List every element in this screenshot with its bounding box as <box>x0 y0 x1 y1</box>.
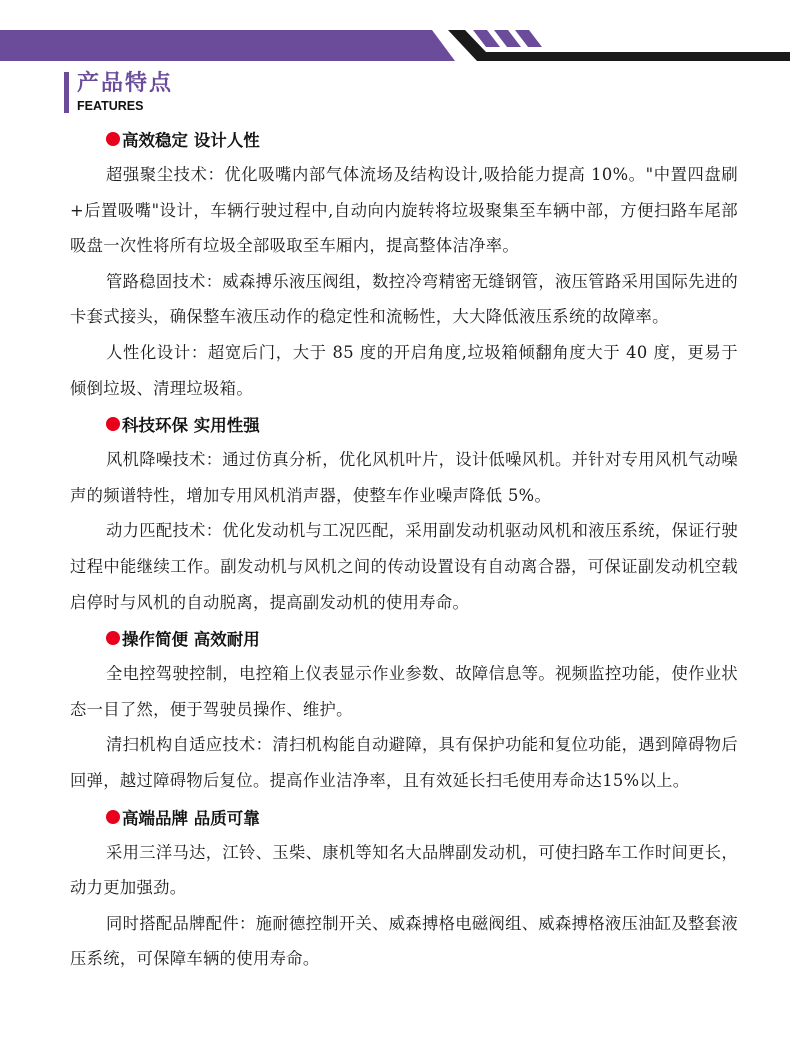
section-heading: 高效稳定 设计人性 <box>70 121 738 157</box>
header-banner <box>0 0 794 70</box>
red-bullet-icon <box>106 810 120 824</box>
section-heading: 科技环保 实用性强 <box>70 406 738 442</box>
feature-section-efficient: 高效稳定 设计人性 超强聚尘技术：优化吸嘴内部气体流场及结构设计,吸拾能力提高 … <box>70 121 738 406</box>
title-accent-bar <box>64 72 69 113</box>
section-heading-text: 高端品牌 品质可靠 <box>122 805 260 829</box>
page-subtitle: FEATURES <box>77 99 143 113</box>
section-heading-text: 科技环保 实用性强 <box>122 412 260 436</box>
paragraph-dust-collection: 超强聚尘技术：优化吸嘴内部气体流场及结构设计,吸拾能力提高 10%。"中置四盘刷… <box>70 157 738 264</box>
red-bullet-icon <box>106 132 120 146</box>
paragraph-engine-brands: 采用三洋马达，江铃、玉柴、康机等知名大品牌副发动机，可使扫路车工作时间更长，动力… <box>70 835 738 906</box>
paragraph-electric-control: 全电控驾驶控制，电控箱上仪表显示作业参数、故障信息等。视频监控功能，使作业状态一… <box>70 656 738 727</box>
page-title: 产品特点 <box>77 71 173 97</box>
section-heading: 高端品牌 品质可靠 <box>70 799 738 835</box>
red-bullet-icon <box>106 631 120 645</box>
paragraph-fan-noise: 风机降噪技术：通过仿真分析，优化风机叶片，设计低噪风机。并针对专用风机气动噪声的… <box>70 442 738 513</box>
red-bullet-icon <box>106 417 120 431</box>
paragraph-power-matching: 动力匹配技术：优化发动机与工况匹配，采用副发动机驱动风机和液压系统，保证行驶过程… <box>70 513 738 620</box>
feature-section-eco: 科技环保 实用性强 风机降噪技术：通过仿真分析，优化风机叶片，设计低噪风机。并针… <box>70 406 738 620</box>
section-heading-text: 高效稳定 设计人性 <box>122 127 260 151</box>
section-heading: 操作简便 高效耐用 <box>70 620 738 656</box>
paragraph-humanized-design: 人性化设计：超宽后门，大于 85 度的开启角度,垃圾箱倾翻角度大于 40 度，更… <box>70 335 738 406</box>
paragraph-pipeline: 管路稳固技术：威森搏乐液压阀组，数控冷弯精密无缝钢管，液压管路采用国际先进的卡套… <box>70 264 738 335</box>
banner-purple-band <box>0 30 455 61</box>
paragraph-brand-parts: 同时搭配品牌配件：施耐德控制开关、威森搏格电磁阀组、威森搏格液压油缸及整套液压系… <box>70 906 738 977</box>
section-heading-text: 操作简便 高效耐用 <box>122 626 260 650</box>
paragraph-adaptive-sweeping: 清扫机构自适应技术：清扫机构能自动避障，具有保护功能和复位功能，遇到障碍物后回弹… <box>70 727 738 798</box>
features-content: 高效稳定 设计人性 超强聚尘技术：优化吸嘴内部气体流场及结构设计,吸拾能力提高 … <box>70 121 738 977</box>
feature-section-operation: 操作简便 高效耐用 全电控驾驶控制，电控箱上仪表显示作业参数、故障信息等。视频监… <box>70 620 738 798</box>
feature-section-brand: 高端品牌 品质可靠 采用三洋马达，江铃、玉柴、康机等知名大品牌副发动机，可使扫路… <box>70 799 738 977</box>
